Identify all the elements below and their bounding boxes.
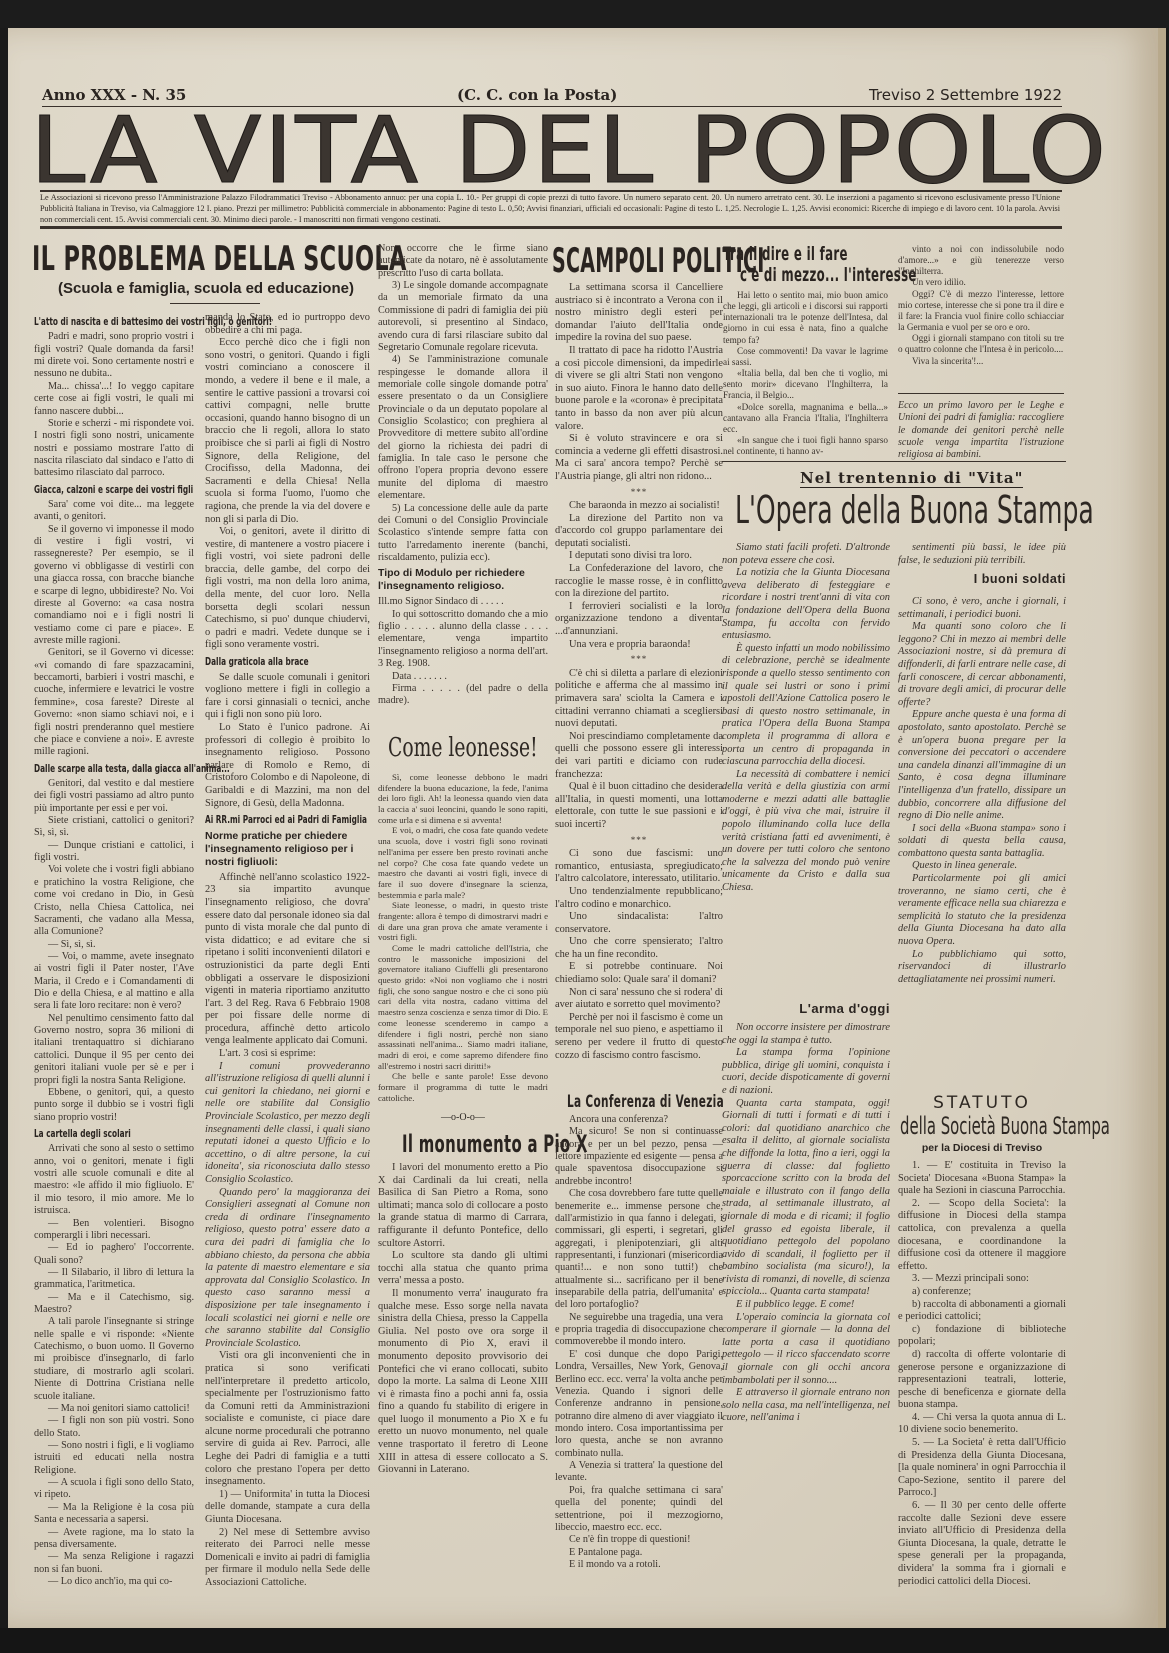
article-scuola-column-1: L'atto di nascita e di battesimo dei vos… <box>34 312 194 1588</box>
section-separator: *** <box>555 834 723 847</box>
paragraph: Cose commoventi! Da vavar le lagrime ai … <box>723 346 888 368</box>
paragraph: Lo Stato è l'unico padrone. Ai professor… <box>205 722 370 810</box>
paragraph: Io qui sottoscritto domando che a mio fi… <box>378 609 548 671</box>
paragraph: I soci della «Buona stampa» sono i solda… <box>898 823 1066 861</box>
section-separator: *** <box>555 486 723 499</box>
scan-border-bottom <box>0 1628 1169 1653</box>
rule <box>170 303 260 304</box>
rule <box>722 461 1066 462</box>
paragraph: Affinchè nell'anno scolastico 1922-23 si… <box>205 872 370 1048</box>
paragraph: L'operaio comincia la giornata col compe… <box>722 1312 890 1388</box>
paragraph: — Sì, sì, sì. <box>34 939 194 951</box>
paragraph: Quando pero' la maggioranza dei Consigli… <box>205 1187 370 1351</box>
paragraph: 4. — Chi versa la quota annua di L. 10 d… <box>898 1412 1066 1437</box>
paragraph: La notizia che la Giunta Diocesana aveva… <box>722 567 890 643</box>
headline-tra-dire-fare-line1: Tra il dire e il fare <box>723 243 848 265</box>
section-subhead: Tipo di Modulo per richiedere l'insegnam… <box>378 567 548 593</box>
paragraph: Data . . . . . . . <box>378 671 548 683</box>
paragraph: Un vero idilio. <box>898 277 1064 288</box>
paragraph: — Avete ragione, ma lo stato la pensa di… <box>34 1527 194 1552</box>
subheadline-scuola: (Scuola e famiglia, scuola ed educazione… <box>56 280 356 297</box>
paragraph: 4) Se l'amministrazione comunale resping… <box>378 354 548 502</box>
paragraph: Oggi i giornali stampano con titoli su t… <box>898 333 1064 355</box>
paragraph: 2) Nel mese di Settembre avviso reiterat… <box>205 1527 370 1590</box>
paragraph: Se dalle scuole comunali i genitori vogl… <box>205 672 370 722</box>
paragraph: Arrivati che sono al sesto o settimo ann… <box>34 1143 194 1217</box>
newspaper-title: LA VITA DEL POPOLO <box>30 108 1153 194</box>
headline-tra-dire-fare-line2: c'è di mezzo... l'interesse <box>740 264 917 286</box>
paragraph: 3. — Mezzi principali sono: <box>898 1273 1066 1286</box>
paragraph: Si è voluto stravincere e ora si cominci… <box>555 433 723 483</box>
paragraph: — Ben volentieri. Bisogno comperargli i … <box>34 1218 194 1243</box>
paragraph: I comuni provvederanno all'istruzione re… <box>205 1061 370 1187</box>
paragraph: b) raccolta di abbonamenti a giornali e … <box>898 1299 1066 1324</box>
paragraph: Una vera e propria baraonda! <box>555 639 723 652</box>
paragraph: Uno sindacalista: l'altro conservatore. <box>555 911 723 936</box>
statuto-diocese: per la Diocesi di Treviso <box>898 1142 1066 1154</box>
paragraph: I deputati sono divisi tra loro. <box>555 550 723 563</box>
article-scampoli-body: La settimana scorsa il Cancelliere austr… <box>555 282 723 1062</box>
subscription-info: Le Associazioni si ricevono presso l'Amm… <box>40 192 1060 225</box>
paragraph: — Lo dico anch'io, ma qui co- <box>34 1576 194 1588</box>
paragraph: Il monumento verra' inaugurato fra qualc… <box>378 1288 548 1477</box>
paragraph: Ebbene, o genitori, qui, a questo punto … <box>34 1087 194 1124</box>
rule <box>40 226 1062 229</box>
paragraph: Viva la sincerita'!... <box>898 356 1064 367</box>
paragraph: «In sangue che i tuoi figli hanno sparso… <box>723 435 888 457</box>
paragraph: Lo pubblichiamo qui sotto, riservandoci … <box>898 949 1066 987</box>
article-interesse-column-1: Hai letto o sentito mai, mio buon amico … <box>723 290 888 457</box>
paragraph: È questo infatti un modo nobilissimo di … <box>722 643 890 769</box>
section-subhead: La cartella degli scolari <box>34 1128 146 1140</box>
paragraph: Che baraonda in mezzo ai socialisti! <box>555 500 723 513</box>
paragraph: E il mondo va a rotoli. <box>555 1559 723 1571</box>
paragraph: E Pantalone paga. <box>555 1547 723 1559</box>
paragraph: A tali parole l'insegnante si stringe ne… <box>34 1316 194 1403</box>
paragraph: Se il governo vi imponesse il modo di ve… <box>34 524 194 648</box>
paragraph: L'art. 3 così si esprime: <box>205 1048 370 1061</box>
paragraph: 1) — Uniformita' in tutta la Diocesi del… <box>205 1489 370 1527</box>
article-pio-x-body: I lavori del monumento eretto a Pio X da… <box>378 1162 548 1477</box>
paragraph: E' così dunque che dopo Parigi, Londra, … <box>555 1349 723 1460</box>
subhead-arma-oggi: L'arma d'oggi <box>790 1001 890 1016</box>
paragraph: I ferrovieri socialisti e la loro organi… <box>555 601 723 639</box>
paragraph: Ma sicuro! Se non si continuasse ancora … <box>555 1126 723 1188</box>
paragraph: Visti ora gli inconvenienti che in prati… <box>205 1350 370 1489</box>
paragraph: Il trattato di pace ha ridotto l'Austria… <box>555 345 723 433</box>
paragraph: Ci sono, è vero, anche i giornali, i set… <box>898 596 1066 621</box>
paragraph: Che belle e sante parole! Esse devono fo… <box>378 1071 548 1103</box>
paragraph: Ma... chissa'...! Io veggo capitare cert… <box>34 381 194 418</box>
paragraph: Che cosa dovrebbero fare tutte quelle be… <box>555 1188 723 1312</box>
paragraph: Genitori, se il Governo vi dicesse: «vi … <box>34 647 194 758</box>
article-scuola-column-2: manda lo Stato, ed io purtroppo devo obb… <box>205 312 370 1590</box>
paragraph: 5. — La Societa' è retta dall'Ufficio di… <box>898 1437 1066 1500</box>
headline-problema-scuola: IL PROBLEMA DELLA SCUOLA <box>32 240 407 278</box>
headline-opera-buona-stampa: L'Opera della Buona Stampa <box>735 488 1094 532</box>
paragraph: Particolarmente poi gli amici troveranno… <box>898 873 1066 949</box>
paragraph: — Ma la Religione è la cosa più Santa e … <box>34 1502 194 1527</box>
paragraph: Oggi? C'è di mezzo l'interesse, lettore … <box>898 289 1064 334</box>
paragraph: — Ma e il Catechismo, sig. Maestro? <box>34 1292 194 1317</box>
paragraph: I lavori del monumento eretto a Pio X da… <box>378 1162 548 1250</box>
paragraph: Eppure anche questa è una forma di apost… <box>898 709 1066 822</box>
paragraph: Voi, o genitori, avete il diritto di ves… <box>205 526 370 652</box>
section-subhead: Giacca, calzoni e scarpe dei vostri figl… <box>34 484 146 496</box>
paragraph: Non occorre che le firme siano autentica… <box>378 243 548 280</box>
paragraph: Siamo stati facili profeti. D'altronde n… <box>722 542 890 567</box>
paragraph: Lo scultore sta dando gli ultimi tocchi … <box>378 1250 548 1288</box>
paragraph: Ill.mo Signor Sindaco di . . . . . <box>378 596 548 608</box>
paragraph: A Venezia si trattera' la questione del … <box>555 1460 723 1485</box>
paragraph: Ecco perchè dico che i figli non sono vo… <box>205 337 370 526</box>
paragraph: E si potrebbe continuare. Noi chiediamo … <box>555 961 723 986</box>
notice-leghe-padri: Ecco un primo lavoro per le Leghe e Unio… <box>898 400 1064 461</box>
paragraph: Ne seguirebbe una tragedia, una vera e p… <box>555 1312 723 1349</box>
paragraph: Sara' come voi dite... ma leggete avanti… <box>34 499 194 524</box>
section-subhead: Dalle scarpe alla testa, dalla giacca al… <box>34 763 146 775</box>
paragraph: — I figli non son più vostri. Sono dello… <box>34 1415 194 1440</box>
paragraph: La necessità di combattere i nemici dell… <box>722 769 890 895</box>
section-subhead: Dalla graticola alla brace <box>205 656 321 669</box>
paragraph: — Ma senza Religione i ragazzi non si fa… <box>34 1551 194 1576</box>
paragraph: Storie e scherzi - mi rispondete voi. I … <box>34 418 194 480</box>
statuto-body: 1. — E' costituita in Treviso la Societa… <box>898 1160 1066 1588</box>
kicker-trentennio: Nel trentennio di "Vita" <box>800 469 1023 488</box>
paragraph: — Sono nostri i figli, e li vogliamo ist… <box>34 1440 194 1477</box>
paragraph: La stampa forma l'opinione pubblica, dir… <box>722 1047 890 1097</box>
paragraph: Come le madri cattoliche dell'Istria, ch… <box>378 943 548 1071</box>
article-buona-stampa-column-2: sentimenti più bassi, le idee più false,… <box>898 542 1066 567</box>
paragraph: Ci sono due fascismi: uno romantico, ent… <box>555 848 723 886</box>
article-buona-stampa-column-1: Siamo stati facili profeti. D'altronde n… <box>722 542 890 895</box>
paragraph: Uno che corre spensierato; l'altro che h… <box>555 936 723 961</box>
paragraph: Non occorre insistere per dimostrare che… <box>722 1022 890 1047</box>
paragraph: Ma quanti sono coloro che li leggono? Ch… <box>898 621 1066 709</box>
paragraph: «Italia bella, dal ben che ti voglio, mi… <box>723 368 888 401</box>
paragraph: 3) Le singole domande accompagnate da un… <box>378 280 548 354</box>
statuto-title: STATUTO <box>898 1093 1066 1113</box>
paragraph: E il pubblico legge. E come! <box>722 1299 890 1312</box>
paragraph: La direzione del Partito non va d'accord… <box>555 513 723 551</box>
paragraph: La settimana scorsa il Cancelliere austr… <box>555 282 723 345</box>
paragraph: — Ma noi genitori siamo cattolici! <box>34 1403 194 1415</box>
paragraph: a) conferenze; <box>898 1286 1066 1299</box>
paragraph: Questo in linea generale. <box>898 860 1066 873</box>
paragraph: Sì, come leonesse debbono le madri difen… <box>378 772 548 825</box>
paragraph: — A scuola i figli sono dello Stato, vi … <box>34 1477 194 1502</box>
paragraph: Firma . . . . . (del padre o della madre… <box>378 683 548 708</box>
paragraph: Qual è il buon cittadino che desidera al… <box>555 781 723 831</box>
paragraph: — Dunque cristiani e cattolici, i figli … <box>34 840 194 865</box>
article-buona-stampa-column-2b: Ci sono, è vero, anche i giornali, i set… <box>898 596 1066 986</box>
paragraph: — Voi, o mamme, avete insegnato ai vostr… <box>34 951 194 1013</box>
paragraph: Poi, fra qualche settimana ci sara' quel… <box>555 1485 723 1534</box>
paragraph: sentimenti più bassi, le idee più false,… <box>898 542 1066 567</box>
paragraph: Noi prescindiamo completamente da quelli… <box>555 731 723 781</box>
paragraph: Hai letto o sentito mai, mio buon amico … <box>723 290 888 346</box>
paragraph: Ancora una conferenza? <box>555 1114 723 1126</box>
section-separator: *** <box>555 653 723 666</box>
paragraph: Padri e madri, sono proprio vostri i fig… <box>34 331 194 380</box>
section-subhead: Ai RR.mi Parroci ed ai Padri di Famiglia <box>205 814 321 827</box>
section-subhead: L'atto di nascita e di battesimo dei vos… <box>34 316 146 328</box>
paragraph: Non ci sara' nessuno che si rodera' di a… <box>555 987 723 1012</box>
paragraph: — Ed io paghero' l'occorrente. Quali son… <box>34 1242 194 1267</box>
paragraph: — Il Silabario, il libro di lettura la g… <box>34 1267 194 1292</box>
paragraph: Voi volete che i vostri figli abbiano e … <box>34 864 194 938</box>
paragraph: «Dolce sorella, magnanima e bella...» ca… <box>723 402 888 435</box>
paragraph: E attraverso il giornale entrano non sol… <box>722 1387 890 1425</box>
paragraph: 5) La concessione delle aule da parte de… <box>378 503 548 565</box>
scan-border-top <box>0 0 1169 28</box>
paragraph: Perchè per noi il fascismo è come un tem… <box>555 1012 723 1062</box>
divider: —o-O-o— <box>378 1112 548 1123</box>
paragraph: Siete cristiani, cattolici o genitori? S… <box>34 815 194 840</box>
paragraph: Siate leonesse, o madri, in questo trist… <box>378 900 548 943</box>
paragraph: Quanta carta stampata, oggi! Giornali di… <box>722 1098 890 1300</box>
article-buona-stampa-column-1b: Non occorre insistere per dimostrare che… <box>722 1022 890 1425</box>
paragraph: vinto a noi con indissolubile nodo d'amo… <box>898 244 1064 277</box>
paragraph: c) fondazione di biblioteche popolari; <box>898 1324 1066 1349</box>
section-subhead: Norme pratiche per chiedere l'insegnamen… <box>205 830 370 869</box>
paragraph: 1. — E' costituita in Treviso la Societa… <box>898 1160 1066 1198</box>
paragraph: Ce n'è fin troppe di questioni! <box>555 1534 723 1546</box>
paragraph: Uno tendenzialmente repubblicano; l'altr… <box>555 886 723 911</box>
headline-conferenza-venezia: La Conferenza di Venezia <box>567 1092 724 1112</box>
paragraph: d) raccolta di offerte volontarie di gen… <box>898 1349 1066 1412</box>
rule <box>898 393 1064 394</box>
paragraph: C'è chi si diletta a parlare di elezioni… <box>555 668 723 731</box>
paragraph: E voi, o madri, che cosa fate quando ved… <box>378 825 548 900</box>
paragraph: Nel penultimo censimento fatto dal Gover… <box>34 1013 194 1087</box>
article-interesse-column-2: vinto a noi con indissolubile nodo d'amo… <box>898 244 1064 367</box>
article-leonesse-body: Sì, come leonesse debbono le madri difen… <box>378 772 548 1103</box>
paragraph: 6. — Il 30 per cento delle offerte racco… <box>898 1500 1066 1588</box>
headline-come-leonesse: Come leonesse! <box>388 733 538 763</box>
subhead-buoni-soldati: I buoni soldati <box>940 572 1066 586</box>
article-scuola-column-3: Non occorre che le firme siano autentica… <box>378 243 548 708</box>
paragraph: 2. — Scopo della Societa': la diffusione… <box>898 1198 1066 1274</box>
paragraph: Genitori, dal vestito e dal mestiere dei… <box>34 778 194 815</box>
paragraph: La Confederazione del lavoro, che raccog… <box>555 563 723 601</box>
article-venezia-body: Ancora una conferenza?Ma sicuro! Se non … <box>555 1114 723 1571</box>
paragraph: manda lo Stato, ed io purtroppo devo obb… <box>205 312 370 337</box>
statuto-subtitle: della Società Buona Stampa <box>900 1112 1110 1140</box>
